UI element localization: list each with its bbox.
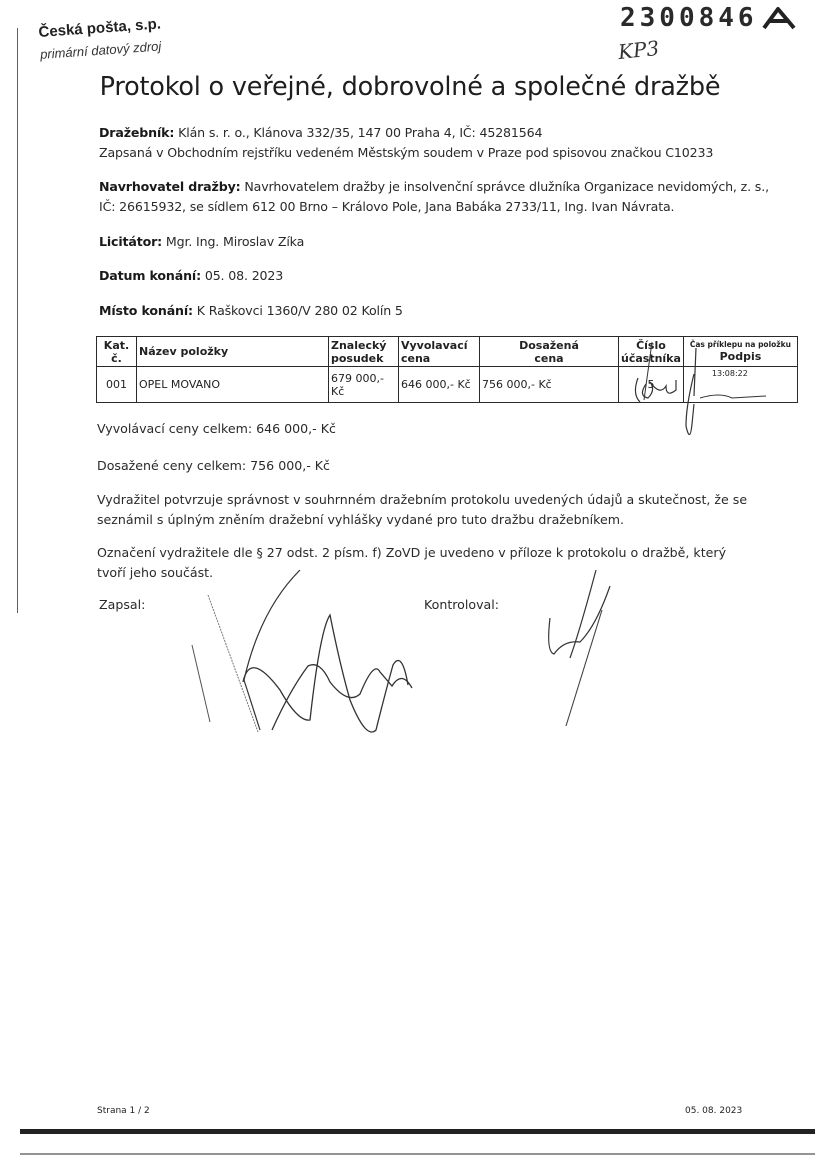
total-starting-prices: Vyvolávací ceny celkem: 646 000,- Kč: [97, 421, 336, 436]
licitator-value: Mgr. Ing. Miroslav Zíka: [166, 234, 304, 249]
date-value: 05. 08. 2023: [205, 268, 283, 283]
header-name: Název položky: [137, 337, 329, 367]
place-field: Místo konání: K Raškovci 1360/V 280 02 K…: [99, 301, 403, 321]
place-value: K Raškovci 1360/V 280 02 Kolín 5: [197, 303, 403, 318]
cell-expert-valuation: 679 000,- Kč: [329, 367, 399, 403]
header-starting-price: Vyvolavacícena: [399, 337, 480, 367]
footer-date: 05. 08. 2023: [685, 1106, 742, 1116]
checked-by-label: Kontroloval:: [424, 597, 499, 612]
issuer-name: Česká pošta, s.p.: [38, 15, 161, 41]
header-final-price: Dosaženácena: [480, 337, 619, 367]
header-kat: Kat. č.: [97, 337, 137, 367]
auctioneer-field: Dražebník: Klán s. r. o., Klánova 332/35…: [99, 123, 713, 163]
page-title: Protokol o veřejné, dobrovolné a společn…: [0, 72, 820, 102]
confirmation-paragraph: Vydražitel potvrzuje správnost v souhrnn…: [97, 490, 757, 530]
scan-edge-line: [20, 1153, 815, 1155]
handwritten-reference: KP3: [617, 36, 660, 64]
proposer-label: Navrhovatel dražby:: [99, 179, 241, 194]
page-number: Strana 1 / 2: [97, 1106, 150, 1116]
issuer-subtitle: primární datový zdroj: [40, 38, 163, 62]
document-number: 2300846: [620, 3, 758, 33]
proposer-field: Navrhovatel dražby: Navrhovatelem dražby…: [99, 177, 779, 217]
licitator-field: Licitátor: Mgr. Ing. Miroslav Zíka: [99, 232, 304, 252]
auctioneer-registration: Zapsaná v Obchodním rejstříku vedeném Mě…: [99, 145, 713, 160]
issuer-stamp: Česká pošta, s.p. primární datový zdroj: [38, 15, 163, 61]
cell-final-price: 756 000,- Kč: [480, 367, 619, 403]
date-field: Datum konání: 05. 08. 2023: [99, 266, 283, 286]
cell-name: OPEL MOVANO: [137, 367, 329, 403]
recorder-signature-icon: [180, 570, 420, 740]
total-final-prices: Dosažené ceny celkem: 756 000,- Kč: [97, 458, 330, 473]
recorded-by-label: Zapsal:: [99, 597, 145, 612]
scan-margin-line: [17, 28, 18, 613]
auctioneer-value: Klán s. r. o., Klánova 332/35, 147 00 Pr…: [178, 125, 542, 140]
licitator-label: Licitátor:: [99, 234, 162, 249]
place-label: Místo konání:: [99, 303, 193, 318]
footer-divider: [20, 1129, 815, 1134]
controller-signature-icon: [530, 570, 630, 740]
cell-kat: 001: [97, 367, 137, 403]
bidder-signature-icon: [620, 336, 770, 446]
letter-a-mark-icon: [762, 6, 796, 30]
cell-starting-price: 646 000,- Kč: [399, 367, 480, 403]
date-label: Datum konání:: [99, 268, 201, 283]
header-expert-valuation: Znaleckýposudek: [329, 337, 399, 367]
auctioneer-label: Dražebník:: [99, 125, 174, 140]
